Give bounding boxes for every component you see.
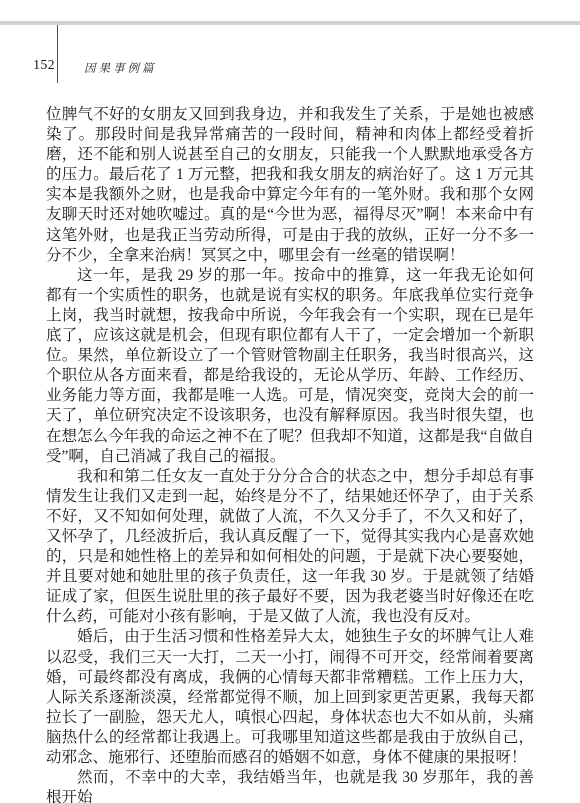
- book-page: 152 因果事例篇 位脾气不好的女朋友又回到我身边，并和我发生了关系，于是她也被…: [0, 0, 580, 803]
- body-paragraph: 婚后，由于生活习惯和性格差异大太，她独生子女的坏脾气让人难以忍受，我们三天一大打…: [46, 627, 534, 768]
- page-number: 152: [18, 57, 55, 73]
- body-paragraph: 我和和第二任女友一直处于分分合合的状态之中，想分手却总有事情发生让我们又走到一起…: [46, 467, 534, 628]
- body-paragraph: 这一年，是我 29 岁的那一年。按命中的推算，这一年我无论如何都有一个实质性的职…: [46, 266, 534, 467]
- running-title: 因果事例篇: [84, 60, 157, 76]
- header-divider: [57, 25, 58, 83]
- body-text: 位脾气不好的女朋友又回到我身边，并和我发生了关系，于是她也被感染了。那段时间是我…: [46, 105, 534, 803]
- body-paragraph: 然而，不幸中的大幸，我结婚当年，也就是我 30 岁那年，我的善根开始: [46, 768, 534, 803]
- body-paragraph: 位脾气不好的女朋友又回到我身边，并和我发生了关系，于是她也被感染了。那段时间是我…: [46, 105, 534, 266]
- page-edge-strip: [0, 21, 580, 25]
